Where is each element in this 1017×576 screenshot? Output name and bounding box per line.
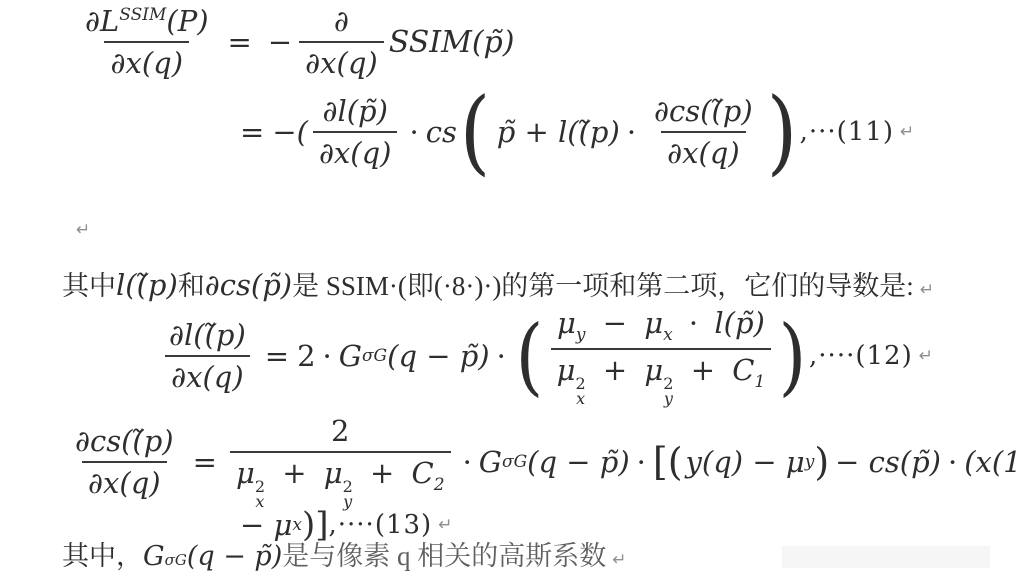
l-term: l(p̃) <box>714 306 764 340</box>
dot-operator: · <box>409 115 418 149</box>
equation-number-11: ,···(11) <box>800 117 894 147</box>
subscript-y: y <box>805 452 815 472</box>
equation-number-12: ,····(12) <box>809 341 913 371</box>
fraction-dcs-dxq: ∂cs((̃p) ∂x(q) <box>648 94 759 170</box>
subscript-x: x <box>663 325 673 345</box>
equals-sign: = <box>193 445 217 479</box>
cs-term: − cs(p̃) <box>835 445 941 479</box>
text-and: 和 <box>178 264 205 303</box>
fraction-numerator: ∂cs((̃p) <box>648 94 759 131</box>
mu-symbol: μ <box>557 353 576 387</box>
constant-C: C <box>732 353 754 387</box>
equation-11-line-2: = −( ∂l(p̃) ∂x(q) · cs ( p̃ + l((̃p) · ∂… <box>232 94 914 170</box>
arg-q-minus-p: (q − p̃) <box>187 541 282 572</box>
fraction-denominator: ∂x(q) <box>299 41 384 80</box>
equals-sign: = <box>240 115 264 149</box>
arg-P: (P) <box>166 4 208 38</box>
equals-sign: = <box>228 25 252 59</box>
fraction-mu-ratio: μy − μx · l(p̃) μ2x + μ2y + C1 <box>551 306 772 406</box>
fraction-numerator: ∂l(p̃) <box>316 94 393 131</box>
equals-sign: = <box>265 339 289 373</box>
dot-operator: · <box>637 445 646 479</box>
dot-operator: · <box>627 115 636 149</box>
dot-operator: · <box>689 306 698 340</box>
subscript-x: x <box>292 515 302 535</box>
plus-sign: + <box>691 353 715 387</box>
negative-open-paren: −( <box>272 115 308 149</box>
y-term: y(q) − μ <box>686 445 805 479</box>
plus-sign: + <box>370 456 394 490</box>
dot-operator: · <box>497 339 506 373</box>
fraction-denominator: ∂x(q) <box>313 131 398 170</box>
fraction-denominator: ∂x(q) <box>165 355 250 394</box>
paragraph-mark: ↵ <box>900 122 914 142</box>
ssim-term: SSIM(p̃) <box>389 25 515 60</box>
gaussian-G: G <box>479 445 502 479</box>
text-qizhong: 其中 <box>62 264 116 303</box>
constant-C: C <box>412 456 434 490</box>
coefficient-two: 2 <box>297 339 315 373</box>
fraction-d-dxq: ∂ ∂x(q) <box>299 4 384 80</box>
math-l-term: l((̃p) <box>116 268 178 302</box>
subscript-2: 2 <box>434 475 445 495</box>
subscript-y: y <box>576 325 586 345</box>
inner-expression: p̃ + l((̃p) <box>497 115 620 149</box>
fraction-numerator: ∂cs((̃p) <box>69 424 180 461</box>
cs-term: cs <box>426 115 457 149</box>
empty-paragraph: ↵ <box>76 220 90 240</box>
plus-sign: + <box>603 353 627 387</box>
minus-sign: − <box>603 306 627 340</box>
paragraph-mark: ↵ <box>76 220 90 240</box>
fraction-denominator: μ2x + μ2y + C1 <box>551 348 772 406</box>
equation-11-line-1: ∂LSSIM(P) ∂x(q) = − ∂ ∂x(q) SSIM(p̃) <box>74 4 514 80</box>
fraction-denominator: ∂x(q) <box>104 41 189 80</box>
x-term: (x(1 <box>964 445 1017 479</box>
sub-sup-y2: 2y <box>663 376 673 406</box>
sub-sup-y2: 2y <box>343 479 353 509</box>
subscript-sigmaG: σG <box>362 346 387 366</box>
mu-symbol: μ <box>644 353 663 387</box>
fraction-dl-dxq: ∂l((̃p) ∂x(q) <box>163 318 252 394</box>
subscript-sigmaG: σG <box>165 551 187 569</box>
paragraph-mark: ↵ <box>438 515 452 535</box>
mu-symbol: μ <box>324 456 343 490</box>
arg-q-minus-p: (q − p̃) <box>527 445 630 479</box>
sub-sup-x2: 2x <box>255 479 265 509</box>
explanation-text-line: 其中 l((̃p) 和 ∂cs(p̃) 是 SSIM·(即(·8·)·)的第一项… <box>62 264 934 303</box>
paragraph-mark: ↵ <box>919 346 933 366</box>
fraction-two-over-mu: 2 μ2x + μ2y + C2 <box>230 414 451 509</box>
text-gaussian-coefficient: 是与像素 q 相关的高斯系数 <box>282 534 606 573</box>
faint-highlight-box <box>782 546 990 568</box>
sub-sup-x2: 2x <box>575 376 585 406</box>
mu-symbol: μ <box>644 306 663 340</box>
fraction-numerator: μy − μx · l(p̃) <box>551 306 771 348</box>
mu-symbol: μ <box>236 456 255 490</box>
dot-operator: · <box>323 339 332 373</box>
dot-operator: · <box>948 445 957 479</box>
document-page[interactable]: ∂LSSIM(P) ∂x(q) = − ∂ ∂x(q) SSIM(p̃) = −… <box>0 0 1017 576</box>
fraction-dLssim-dxq: ∂LSSIM(P) ∂x(q) <box>79 4 215 80</box>
superscript-ssim: SSIM <box>119 5 166 25</box>
paragraph-mark: ↵ <box>612 550 626 570</box>
arg-q-minus-p: (q − p̃) <box>387 339 490 373</box>
minus-sign: − <box>268 25 292 59</box>
subscript-1: 1 <box>754 372 765 392</box>
fraction-numerator: 2 <box>325 414 355 451</box>
fraction-dcs-dxq: ∂cs((̃p) ∂x(q) <box>69 424 180 500</box>
fraction-dl-dxq: ∂l(p̃) ∂x(q) <box>313 94 398 170</box>
equation-13-line-1: ∂cs((̃p) ∂x(q) = 2 μ2x + μ2y + C2 · GσG … <box>64 414 1017 509</box>
plus-sign: + <box>282 456 306 490</box>
equation-12: ∂l((̃p) ∂x(q) = 2 · GσG (q − p̃) · ( μy … <box>158 306 933 406</box>
fraction-denominator: ∂x(q) <box>661 131 746 170</box>
fraction-denominator: μ2x + μ2y + C2 <box>230 451 451 509</box>
gaussian-explanation-line: 其中， GσG (q − p̃) 是与像素 q 相关的高斯系数 ↵ <box>62 534 627 573</box>
text-ssim-terms-description: 是 SSIM·(即(·8·)·)的第一项和第二项，它们的导数是: <box>292 264 914 303</box>
gaussian-G: G <box>339 339 362 373</box>
dot-operator: · <box>463 445 472 479</box>
gaussian-G: G <box>143 541 165 572</box>
text-qizhong: 其中， <box>62 534 143 573</box>
mu-symbol: μ <box>557 306 576 340</box>
math-dcs-term: ∂cs(p̃) <box>205 268 292 302</box>
fraction-numerator: ∂LSSIM(P) <box>79 4 215 41</box>
fraction-numerator: ∂l((̃p) <box>163 318 252 355</box>
fraction-denominator: ∂x(q) <box>82 461 167 500</box>
partial-L: ∂L <box>85 4 119 38</box>
subscript-sigmaG: σG <box>502 452 527 472</box>
fraction-numerator: ∂ <box>328 4 355 41</box>
paragraph-mark: ↵ <box>920 280 934 300</box>
